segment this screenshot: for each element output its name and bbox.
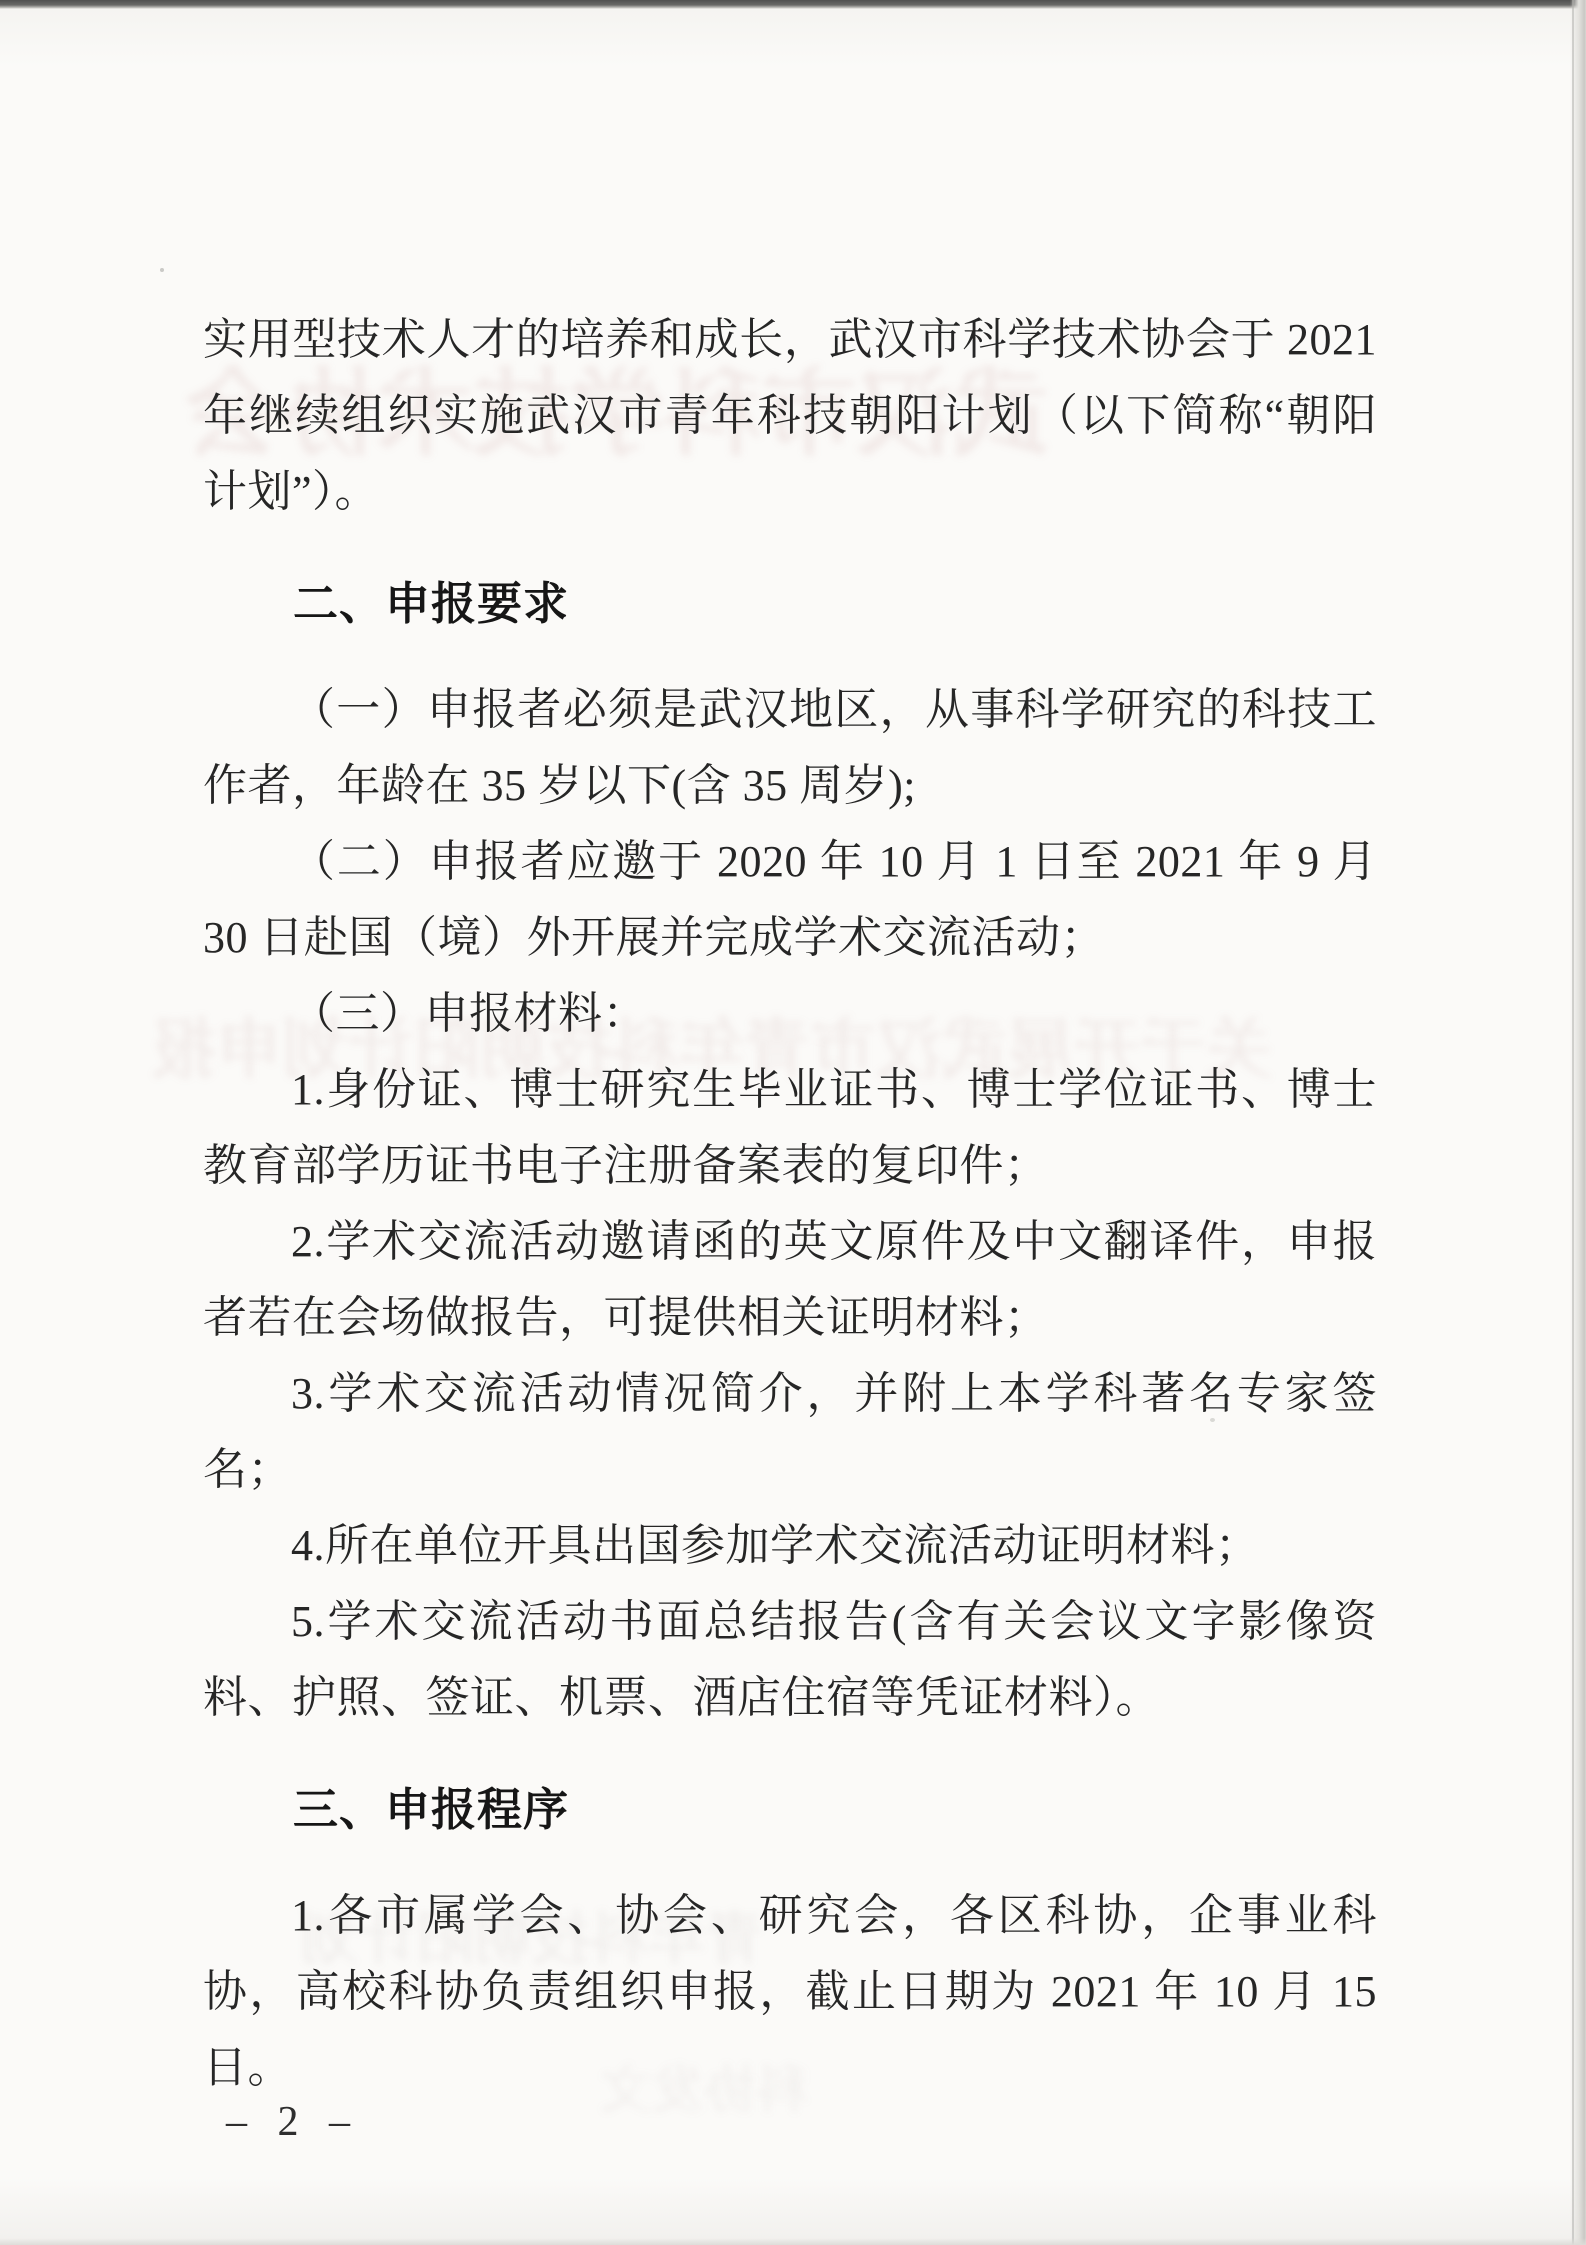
- document-body: 实用型技术人才的培养和成长，武汉市科学技术协会于 2021 年继续组织实施武汉市…: [203, 302, 1377, 2106]
- material-item-3: 3.学术交流活动情况简介，并附上本学科著名专家签名；: [203, 1356, 1377, 1508]
- scan-speck: [160, 268, 164, 272]
- section-heading-application-procedure: 三、申报程序: [203, 1772, 1377, 1848]
- section-heading-application-requirements: 二、申报要求: [203, 566, 1377, 642]
- paper-bottom-edge: [0, 2238, 1586, 2245]
- requirement-item-1: （一）申报者必须是武汉地区，从事科学研究的科技工作者，年龄在 35 岁以下(含 …: [203, 672, 1377, 824]
- material-item-1: 1.身份证、博士研究生毕业证书、博士学位证书、博士教育部学历证书电子注册备案表的…: [203, 1052, 1377, 1204]
- document-page: 武汉市科学技术协会 关于开展武汉市青年科技朝阳计划申报 青年科技朝阳计划 科协发…: [0, 0, 1586, 2245]
- material-item-4: 4.所在单位开具出国参加学术交流活动证明材料；: [203, 1508, 1377, 1584]
- material-item-5: 5.学术交流活动书面总结报告(含有关会议文字影像资料、护照、签证、机票、酒店住宿…: [203, 1584, 1377, 1736]
- procedure-item-1: 1.各市属学会、协会、研究会，各区科协，企事业科协，高校科协负责组织申报，截止日…: [203, 1878, 1377, 2106]
- intro-continuation-paragraph: 实用型技术人才的培养和成长，武汉市科学技术协会于 2021 年继续组织实施武汉市…: [203, 302, 1377, 530]
- scanner-top-edge: [0, 0, 1586, 9]
- requirement-item-3: （三）申报材料：: [203, 976, 1377, 1052]
- page-number: – 2 –: [226, 2098, 360, 2146]
- material-item-2: 2.学术交流活动邀请函的英文原件及中文翻译件，申报者若在会场做报告，可提供相关证…: [203, 1204, 1377, 1356]
- requirement-item-2: （二）申报者应邀于 2020 年 10 月 1 日至 2021 年 9 月 30…: [203, 824, 1377, 976]
- paper-right-edge: [1570, 0, 1586, 2245]
